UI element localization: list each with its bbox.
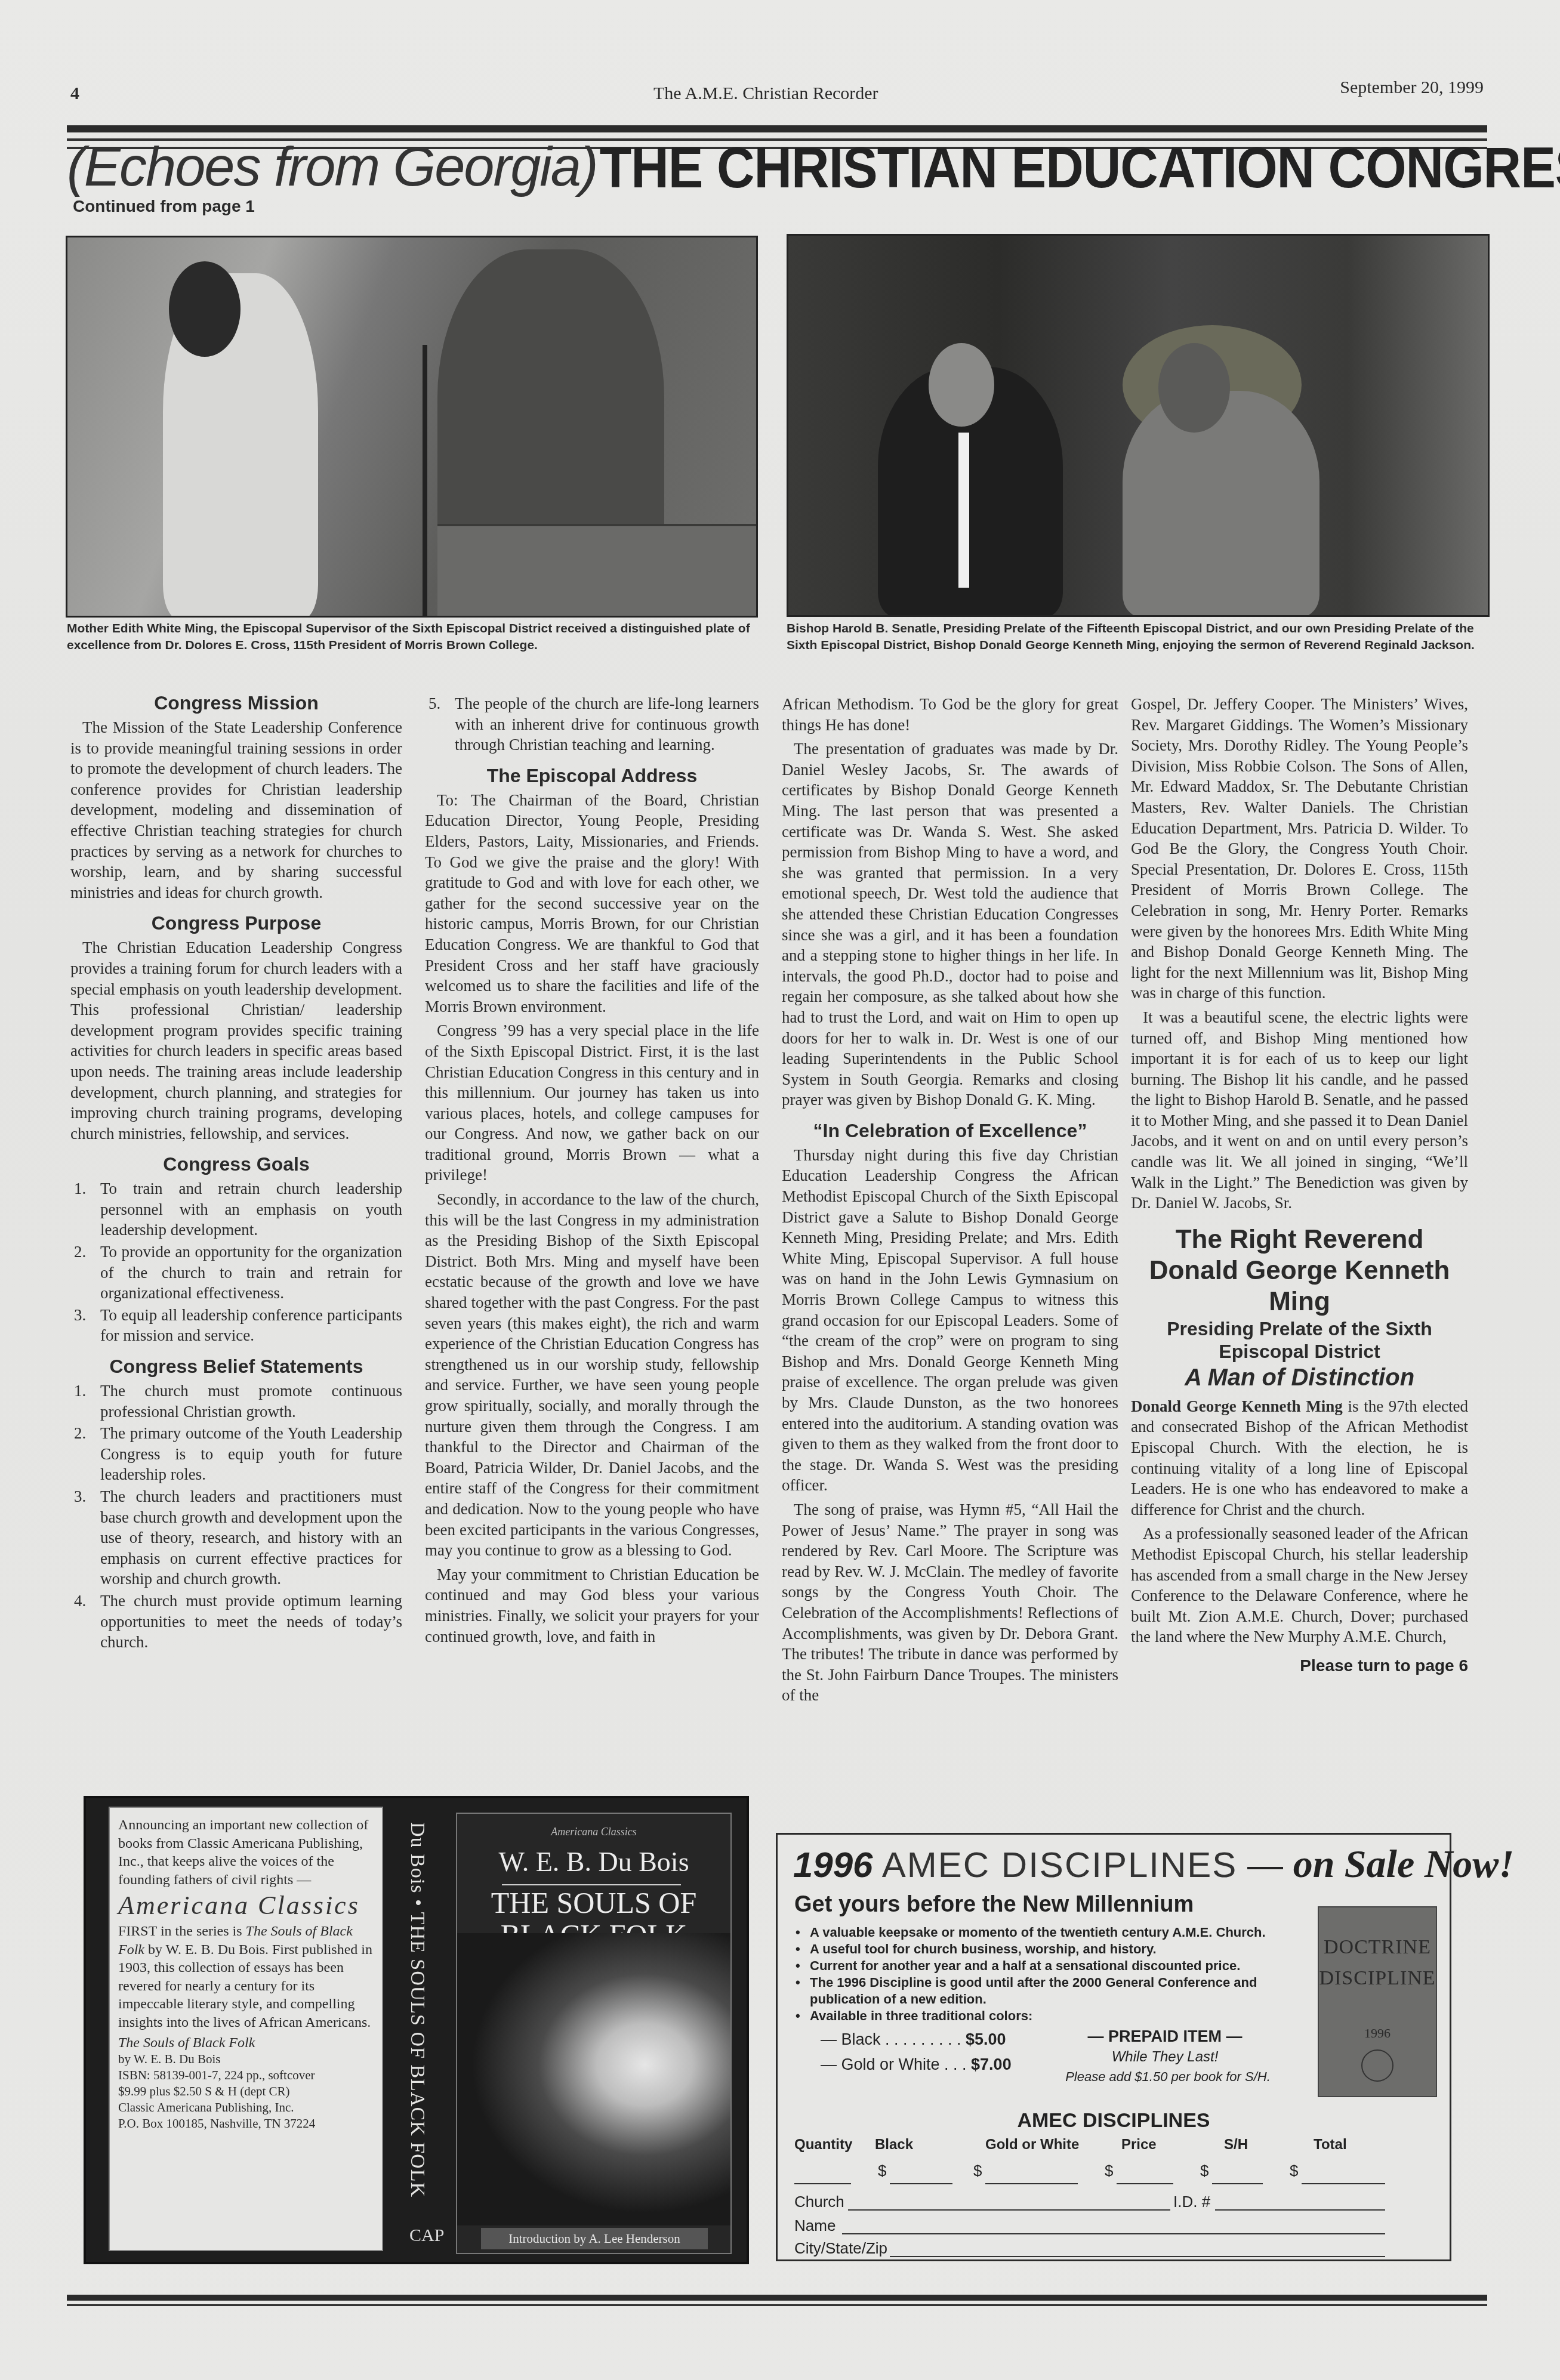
list-number: 1. xyxy=(70,1178,100,1240)
quantity-field[interactable] xyxy=(794,2162,851,2184)
beliefs-list-continued: 5.The people of the church are life-long… xyxy=(425,693,759,755)
book-cover-year: 1996 xyxy=(1319,2026,1436,2041)
list-number: 4. xyxy=(70,1591,100,1653)
beliefs-list: 1.The church must promote continuous pro… xyxy=(70,1381,402,1653)
field-label: Name xyxy=(794,2217,836,2235)
sh-field[interactable] xyxy=(1212,2162,1263,2184)
paragraph: Secondly, in accordance to the law of th… xyxy=(425,1189,759,1561)
list-text: The people of the church are life-long l… xyxy=(455,693,759,755)
list-text: The church must promote continuous profe… xyxy=(100,1381,402,1422)
ad-first-in-series: FIRST in the series is The Souls of Blac… xyxy=(118,1922,374,2032)
name-field-row: Name xyxy=(794,2217,1439,2240)
figure-bishop-ming xyxy=(1123,391,1319,617)
list-item: 2.The primary outcome of the Youth Leade… xyxy=(70,1423,402,1485)
list-number: 2. xyxy=(70,1423,100,1485)
column-header: Black xyxy=(875,2137,913,2153)
list-item: A useful tool for church business, worsh… xyxy=(794,1941,1319,1958)
newspaper-page: 4 The A.M.E. Christian Recorder Septembe… xyxy=(0,0,1560,2380)
ad-product: AMEC DISCIPLINES xyxy=(873,1845,1237,1885)
book-cover-line: DOCTRINE xyxy=(1319,1936,1436,1959)
column-3: African Methodism. To God be the glory f… xyxy=(782,694,1118,1709)
while-they-last: While They Last! xyxy=(1066,2047,1263,2067)
field-label: I.D. # xyxy=(1173,2193,1210,2211)
headline-kicker: (Echoes from Georgia) xyxy=(67,137,597,197)
price-label: — Gold or White . . . xyxy=(821,2055,971,2073)
price-list: — Black . . . . . . . . . $5.00 — Gold o… xyxy=(821,2027,1012,2077)
microphone-stand xyxy=(423,345,427,618)
book-isbn: ISBN: 58139-001-7, 224 pp., softcover xyxy=(118,2067,374,2083)
paragraph: May your commitment to Christian Educati… xyxy=(425,1564,759,1647)
continued-note: Continued from page 1 xyxy=(73,197,255,216)
ad-copy: Announcing an important new collection o… xyxy=(109,1807,383,2251)
section-heading: Congress Mission xyxy=(70,691,402,715)
list-text: To train and retrain church leadership p… xyxy=(100,1178,402,1240)
publisher-name: Classic Americana Publishing, Inc. xyxy=(118,2100,374,2116)
section-heading: Congress Purpose xyxy=(70,911,402,935)
book-price: $9.99 plus $2.50 S & H (dept CR) xyxy=(118,2083,374,2100)
list-number: 1. xyxy=(70,1381,100,1422)
black-amount-field[interactable] xyxy=(890,2162,952,2184)
ad-intro: Announcing an important new collection o… xyxy=(118,1816,374,1889)
price-gold: — Gold or White . . . $7.00 xyxy=(821,2052,1012,2077)
ad-subtitle: Get yours before the New Millennium xyxy=(794,1892,1194,1918)
section-heading: The Episcopal Address xyxy=(425,764,759,788)
ad-sale-text: on Sale Now! xyxy=(1293,1842,1514,1886)
paragraph: The presentation of graduates was made b… xyxy=(782,739,1118,1110)
bio-tagline: A Man of Distinction xyxy=(1131,1363,1468,1393)
cover-author: W. E. B. Du Bois xyxy=(457,1846,730,1878)
continued-on-page-link[interactable]: Please turn to page 6 xyxy=(1131,1656,1468,1677)
column-header: Total xyxy=(1314,2137,1347,2153)
book-title: The Souls of Black Folk xyxy=(118,2035,374,2051)
bio-heading: The Right Reverend Donald George Kenneth… xyxy=(1131,1224,1468,1317)
price-black: — Black . . . . . . . . . $5.00 xyxy=(821,2027,1012,2052)
column-2: 5.The people of the church are life-long… xyxy=(425,693,759,1650)
figure-head xyxy=(929,343,994,427)
author-portrait xyxy=(457,1933,732,2225)
list-item: 3.To equip all leadership conference par… xyxy=(70,1305,402,1346)
list-item: A valuable keepsake or momento of the tw… xyxy=(794,1924,1319,1941)
spine-title: Du Bois • THE SOULS OF BLACK FOLK xyxy=(406,1822,428,2197)
price-value: $5.00 xyxy=(966,2030,1006,2048)
column-4: Gospel, Dr. Jeffery Cooper. The Minister… xyxy=(1131,694,1468,1677)
column-header: S/H xyxy=(1224,2137,1248,2153)
column-header: Quantity xyxy=(794,2137,852,2153)
goals-list: 1.To train and retrain church leadership… xyxy=(70,1178,402,1346)
publisher-logo-icon: CAP xyxy=(409,2225,444,2246)
price-label: — Black . . . . . . . . . xyxy=(821,2030,966,2048)
list-number: 3. xyxy=(70,1486,100,1589)
bio-paragraph: As a professionally seasoned leader of t… xyxy=(1131,1523,1468,1647)
order-form-headers: Quantity Black Gold or White Price S/H T… xyxy=(794,2137,1439,2160)
currency-symbol: $ xyxy=(973,2162,982,2184)
shirt xyxy=(958,433,969,588)
list-item: Available in three traditional colors: xyxy=(794,2008,1319,2024)
shipping-note: Please add $1.50 per book for S/H. xyxy=(1031,2067,1305,2086)
section-heading: Congress Belief Statements xyxy=(70,1354,402,1378)
footer-rule xyxy=(67,2295,1487,2301)
list-item: 3.The church leaders and practitioners m… xyxy=(70,1486,402,1589)
bio-name: Donald George Kenneth Ming xyxy=(1131,1397,1343,1415)
column-header: Gold or White xyxy=(985,2137,1079,2153)
list-text: To provide an opportunity for the organi… xyxy=(100,1242,402,1304)
feature-list: A valuable keepsake or momento of the tw… xyxy=(794,1924,1319,2024)
series-logo: Americana Classics xyxy=(118,1889,374,1922)
dash: — xyxy=(1237,1845,1293,1885)
paragraph: Congress ’99 has a very special place in… xyxy=(425,1020,759,1186)
list-item: 5.The people of the church are life-long… xyxy=(425,693,759,755)
photo-bishops-seated xyxy=(787,234,1490,617)
section-heading: Congress Goals xyxy=(70,1152,402,1176)
list-text: To equip all leadership conference parti… xyxy=(100,1305,402,1346)
photo-supervisor-award xyxy=(66,236,758,618)
price-value: $7.00 xyxy=(971,2055,1012,2073)
list-item: 1.The church must promote continuous pro… xyxy=(70,1381,402,1422)
field-label: Church xyxy=(794,2193,844,2211)
seal-icon xyxy=(1361,2049,1393,2082)
list-item: 1.To train and retrain church leadership… xyxy=(70,1178,402,1240)
bio-text: is the 97th elected and consecrated Bish… xyxy=(1131,1397,1468,1518)
price-field[interactable] xyxy=(1117,2162,1173,2184)
issue-date: September 20, 1999 xyxy=(1340,78,1484,98)
list-number: 5. xyxy=(425,693,455,755)
list-item: 2.To provide an opportunity for the orga… xyxy=(70,1242,402,1304)
list-item: The 1996 Discipline is good until after … xyxy=(794,1974,1319,2008)
list-number: 3. xyxy=(70,1305,100,1346)
book-cover: Americana Classics W. E. B. Du Bois THE … xyxy=(456,1813,732,2254)
book-details: The Souls of Black Folk by W. E. B. Du B… xyxy=(118,2035,374,2132)
city-state-zip-input[interactable] xyxy=(890,2256,1385,2257)
headline-title: THE CHRISTIAN EDUCATION CONGRESS xyxy=(600,134,1560,201)
discipline-book-image: DOCTRINE DISCIPLINE 1996 xyxy=(1318,1906,1437,2097)
cover-series: Americana Classics xyxy=(457,1826,730,1838)
list-text: The church leaders and practitioners mus… xyxy=(100,1486,402,1589)
paragraph: African Methodism. To God be the glory f… xyxy=(782,694,1118,735)
book-spine: Du Bois • THE SOULS OF BLACK FOLK CAP xyxy=(390,1816,450,2246)
bio-paragraph: Donald George Kenneth Ming is the 97th e… xyxy=(1131,1396,1468,1520)
figure-head xyxy=(169,261,241,357)
publisher-address: P.O. Box 100185, Nashville, TN 37224 xyxy=(118,2116,374,2132)
ad-year: 1996 xyxy=(793,1845,873,1885)
photo-caption: Bishop Harold B. Senatle, Presiding Prel… xyxy=(787,621,1491,654)
cover-divider xyxy=(502,1884,681,1885)
name-input[interactable] xyxy=(842,2233,1385,2234)
paragraph: To: The Chairman of the Board, Christian… xyxy=(425,790,759,1017)
paragraph: The song of praise, was Hymn #5, “All Ha… xyxy=(782,1499,1118,1706)
currency-symbol: $ xyxy=(1290,2162,1298,2184)
header-rule xyxy=(67,125,1487,132)
gold-white-amount-field[interactable] xyxy=(985,2162,1078,2184)
paragraph: It was a beautiful scene, the electric l… xyxy=(1131,1007,1468,1214)
column-1: Congress Mission The Mission of the Stat… xyxy=(70,691,402,1654)
publication-name: The A.M.E. Christian Recorder xyxy=(653,84,878,104)
city-field-row: City/State/Zip xyxy=(794,2239,1439,2263)
church-field-row: Church I.D. # xyxy=(794,2193,1439,2217)
prepaid-label: — PREPAID ITEM — xyxy=(1066,2026,1263,2047)
total-field[interactable] xyxy=(1302,2162,1385,2184)
field-label: City/State/Zip xyxy=(794,2239,887,2258)
cover-introduction: Introduction by A. Lee Henderson xyxy=(481,2228,708,2249)
section-heading: “In Celebration of Excellence” xyxy=(782,1119,1118,1143)
page-number: 4 xyxy=(70,84,79,104)
currency-symbol: $ xyxy=(1105,2162,1113,2184)
order-form-fields: $ $ $ $ $ xyxy=(794,2162,1439,2191)
list-number: 2. xyxy=(70,1242,100,1304)
figure-head xyxy=(1158,343,1230,433)
book-author: by W. E. B. Du Bois xyxy=(118,2051,374,2067)
ad-title: 1996 AMEC DISCIPLINES — on Sale Now! xyxy=(793,1841,1514,1889)
column-header: Price xyxy=(1121,2137,1157,2153)
discipline-advertisement: 1996 AMEC DISCIPLINES — on Sale Now! Get… xyxy=(776,1833,1451,2261)
mission-text: The Mission of the State Leadership Conf… xyxy=(70,717,402,903)
text: FIRST in the series is xyxy=(118,1924,246,1939)
order-form-title: AMEC DISCIPLINES xyxy=(778,2109,1450,2132)
bio-subheading: Presiding Prelate of the Sixth Episcopal… xyxy=(1131,1317,1468,1363)
paragraph: Thursday night during this five day Chri… xyxy=(782,1145,1118,1496)
book-advertisement: Announcing an important new collection o… xyxy=(84,1796,749,2264)
list-item: Current for another year and a half at a… xyxy=(794,1958,1319,1974)
list-text: The primary outcome of the Youth Leaders… xyxy=(100,1423,402,1485)
list-text: The church must provide optimum learning… xyxy=(100,1591,402,1653)
church-input[interactable] xyxy=(848,2209,1170,2211)
page-headline: (Echoes from Georgia) THE CHRISTIAN EDUC… xyxy=(67,136,1487,202)
book-cover-line: DISCIPLINE xyxy=(1319,1967,1436,1990)
list-item: 4.The church must provide optimum learni… xyxy=(70,1591,402,1653)
purpose-text: The Christian Education Leadership Congr… xyxy=(70,937,402,1144)
currency-symbol: $ xyxy=(1200,2162,1208,2184)
currency-symbol: $ xyxy=(878,2162,886,2184)
text: by W. E. B. Du Bois. First published in … xyxy=(118,1942,372,2030)
podium xyxy=(437,524,758,618)
photo-caption: Mother Edith White Ming, the Episcopal S… xyxy=(67,621,758,654)
id-input[interactable] xyxy=(1215,2209,1385,2211)
footer-rule-thin xyxy=(67,2304,1487,2306)
prepaid-notice: — PREPAID ITEM — While They Last! Please… xyxy=(1066,2026,1263,2086)
paragraph: Gospel, Dr. Jeffery Cooper. The Minister… xyxy=(1131,694,1468,1004)
